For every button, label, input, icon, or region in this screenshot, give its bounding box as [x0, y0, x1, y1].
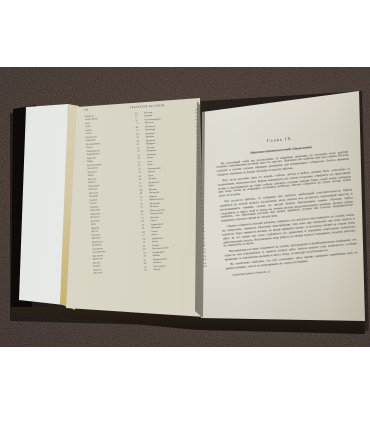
page-number: 178 [84, 109, 88, 112]
body-text: Въ настоящей главѣ мы разсмотримъ тѣ нар… [216, 150, 359, 271]
index-page-content: 178 УКАЗАТЕЛЬ РАСТЕНІЙ. Абрикосъ14Акація… [84, 102, 208, 275]
index-column-right: Клеверъ58Клюква63Козлобородникъ71Конопля… [144, 108, 206, 272]
photo-of-open-book: 178 УКАЗАТЕЛЬ РАСТЕНІЙ. Абрикосъ14Акація… [0, 0, 370, 423]
table-surface: 178 УКАЗАТЕЛЬ РАСТЕНІЙ. Абрикосъ14Акація… [0, 67, 370, 347]
index-columns: Абрикосъ14Акація бѣлая27Алоэ31Анисъ9Арбу… [84, 108, 207, 275]
chapter-page-content: Глава IX. Наружные признаки растеній. (П… [214, 131, 359, 278]
index-column-left: Абрикосъ14Акація бѣлая27Алоэ31Анисъ9Арбу… [84, 111, 146, 275]
